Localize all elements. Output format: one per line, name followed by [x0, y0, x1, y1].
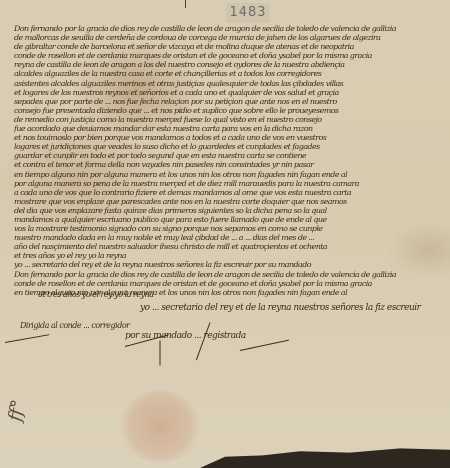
torn-edge	[200, 440, 450, 468]
address-note: Dirigida al conde ... corregidor	[20, 321, 129, 330]
secretary-subscription: yo ... secretario del rey et de la reyna…	[140, 303, 421, 313]
text-line: guardar et cunplir en todo et por todo s…	[14, 152, 442, 160]
pen-flourish	[5, 334, 49, 343]
text-line: año del nasçimiento del nuestro saluador…	[14, 243, 442, 251]
text-line: mandamos a qualquier escriuano publico q…	[14, 215, 442, 223]
pen-stroke	[196, 322, 211, 360]
catalog-number: 1483	[226, 3, 270, 23]
text-line: vos la mostrare testimonio signado con s…	[14, 225, 442, 233]
text-line: de gibraltar conde de barcelona et señor…	[14, 43, 442, 51]
margin-mark	[185, 0, 186, 8]
text-line: sepades que por parte de ... nos fue fec…	[14, 97, 442, 105]
text-line: fue acordado que deuiamos mandar dar est…	[14, 124, 442, 132]
text-line: et contra el tenor et forma della non va…	[14, 161, 442, 169]
text-line: et nos touimoslo por bien porque vos man…	[14, 134, 442, 142]
text-line: en tiempo alguno nin por alguna manera e…	[14, 170, 442, 178]
text-line: reyna de castilla de leon de aragon a lo…	[14, 61, 442, 69]
text-line: et logares de los nuestros reynos et señ…	[14, 88, 442, 96]
margin-annotation: ff°	[5, 398, 29, 423]
pen-flourish	[240, 340, 289, 351]
letter-body: Don fernando por la gracia de dios rey d…	[14, 24, 442, 297]
text-line: conde de rosellon et de cerdania marques…	[14, 279, 442, 287]
pen-stroke	[160, 341, 161, 366]
text-line: Don fernando por la gracia de dios rey d…	[14, 24, 442, 32]
text-line: asistentes alcaldes alguaziles merinos e…	[14, 79, 442, 87]
text-line: consejo fue presentada diziendo que ... …	[14, 106, 442, 114]
text-line: et tres años yo el rey yo la reyna	[14, 252, 442, 260]
registration-line: por su mandado ... registrada	[125, 331, 246, 341]
manuscript-page: 1483 Don fernando por la gracia de dios …	[0, 0, 450, 468]
text-line: nuestro mandado dada en la muy noble et …	[14, 234, 442, 242]
closing-line: et tres años yo el rey yo la reyna	[38, 290, 153, 299]
text-line: de remedio con justiçia como la nuestra …	[14, 115, 442, 123]
wax-seal	[118, 390, 202, 462]
text-line: por alguna manera so pena de la nuestra …	[14, 179, 442, 187]
text-line: yo ... secretario del rey et de la reyna…	[14, 261, 442, 269]
text-line: Don fernando por la gracia de dios rey d…	[14, 270, 442, 278]
text-line: del dia que vos enplazare fasta quinze d…	[14, 206, 442, 214]
text-line: a cada uno de vos que lo contrario fizie…	[14, 188, 442, 196]
text-line: alcaldes alguaziles de la nuestra casa e…	[14, 70, 442, 78]
text-line: mostrare que vos enplaze que parescades …	[14, 197, 442, 205]
text-line: conde de rosellon et de cerdania marques…	[14, 52, 442, 60]
text-line: logares et juridiçiones que veades lo su…	[14, 143, 442, 151]
text-line: de mallorcas de seuilla de cerdeña de co…	[14, 34, 442, 42]
